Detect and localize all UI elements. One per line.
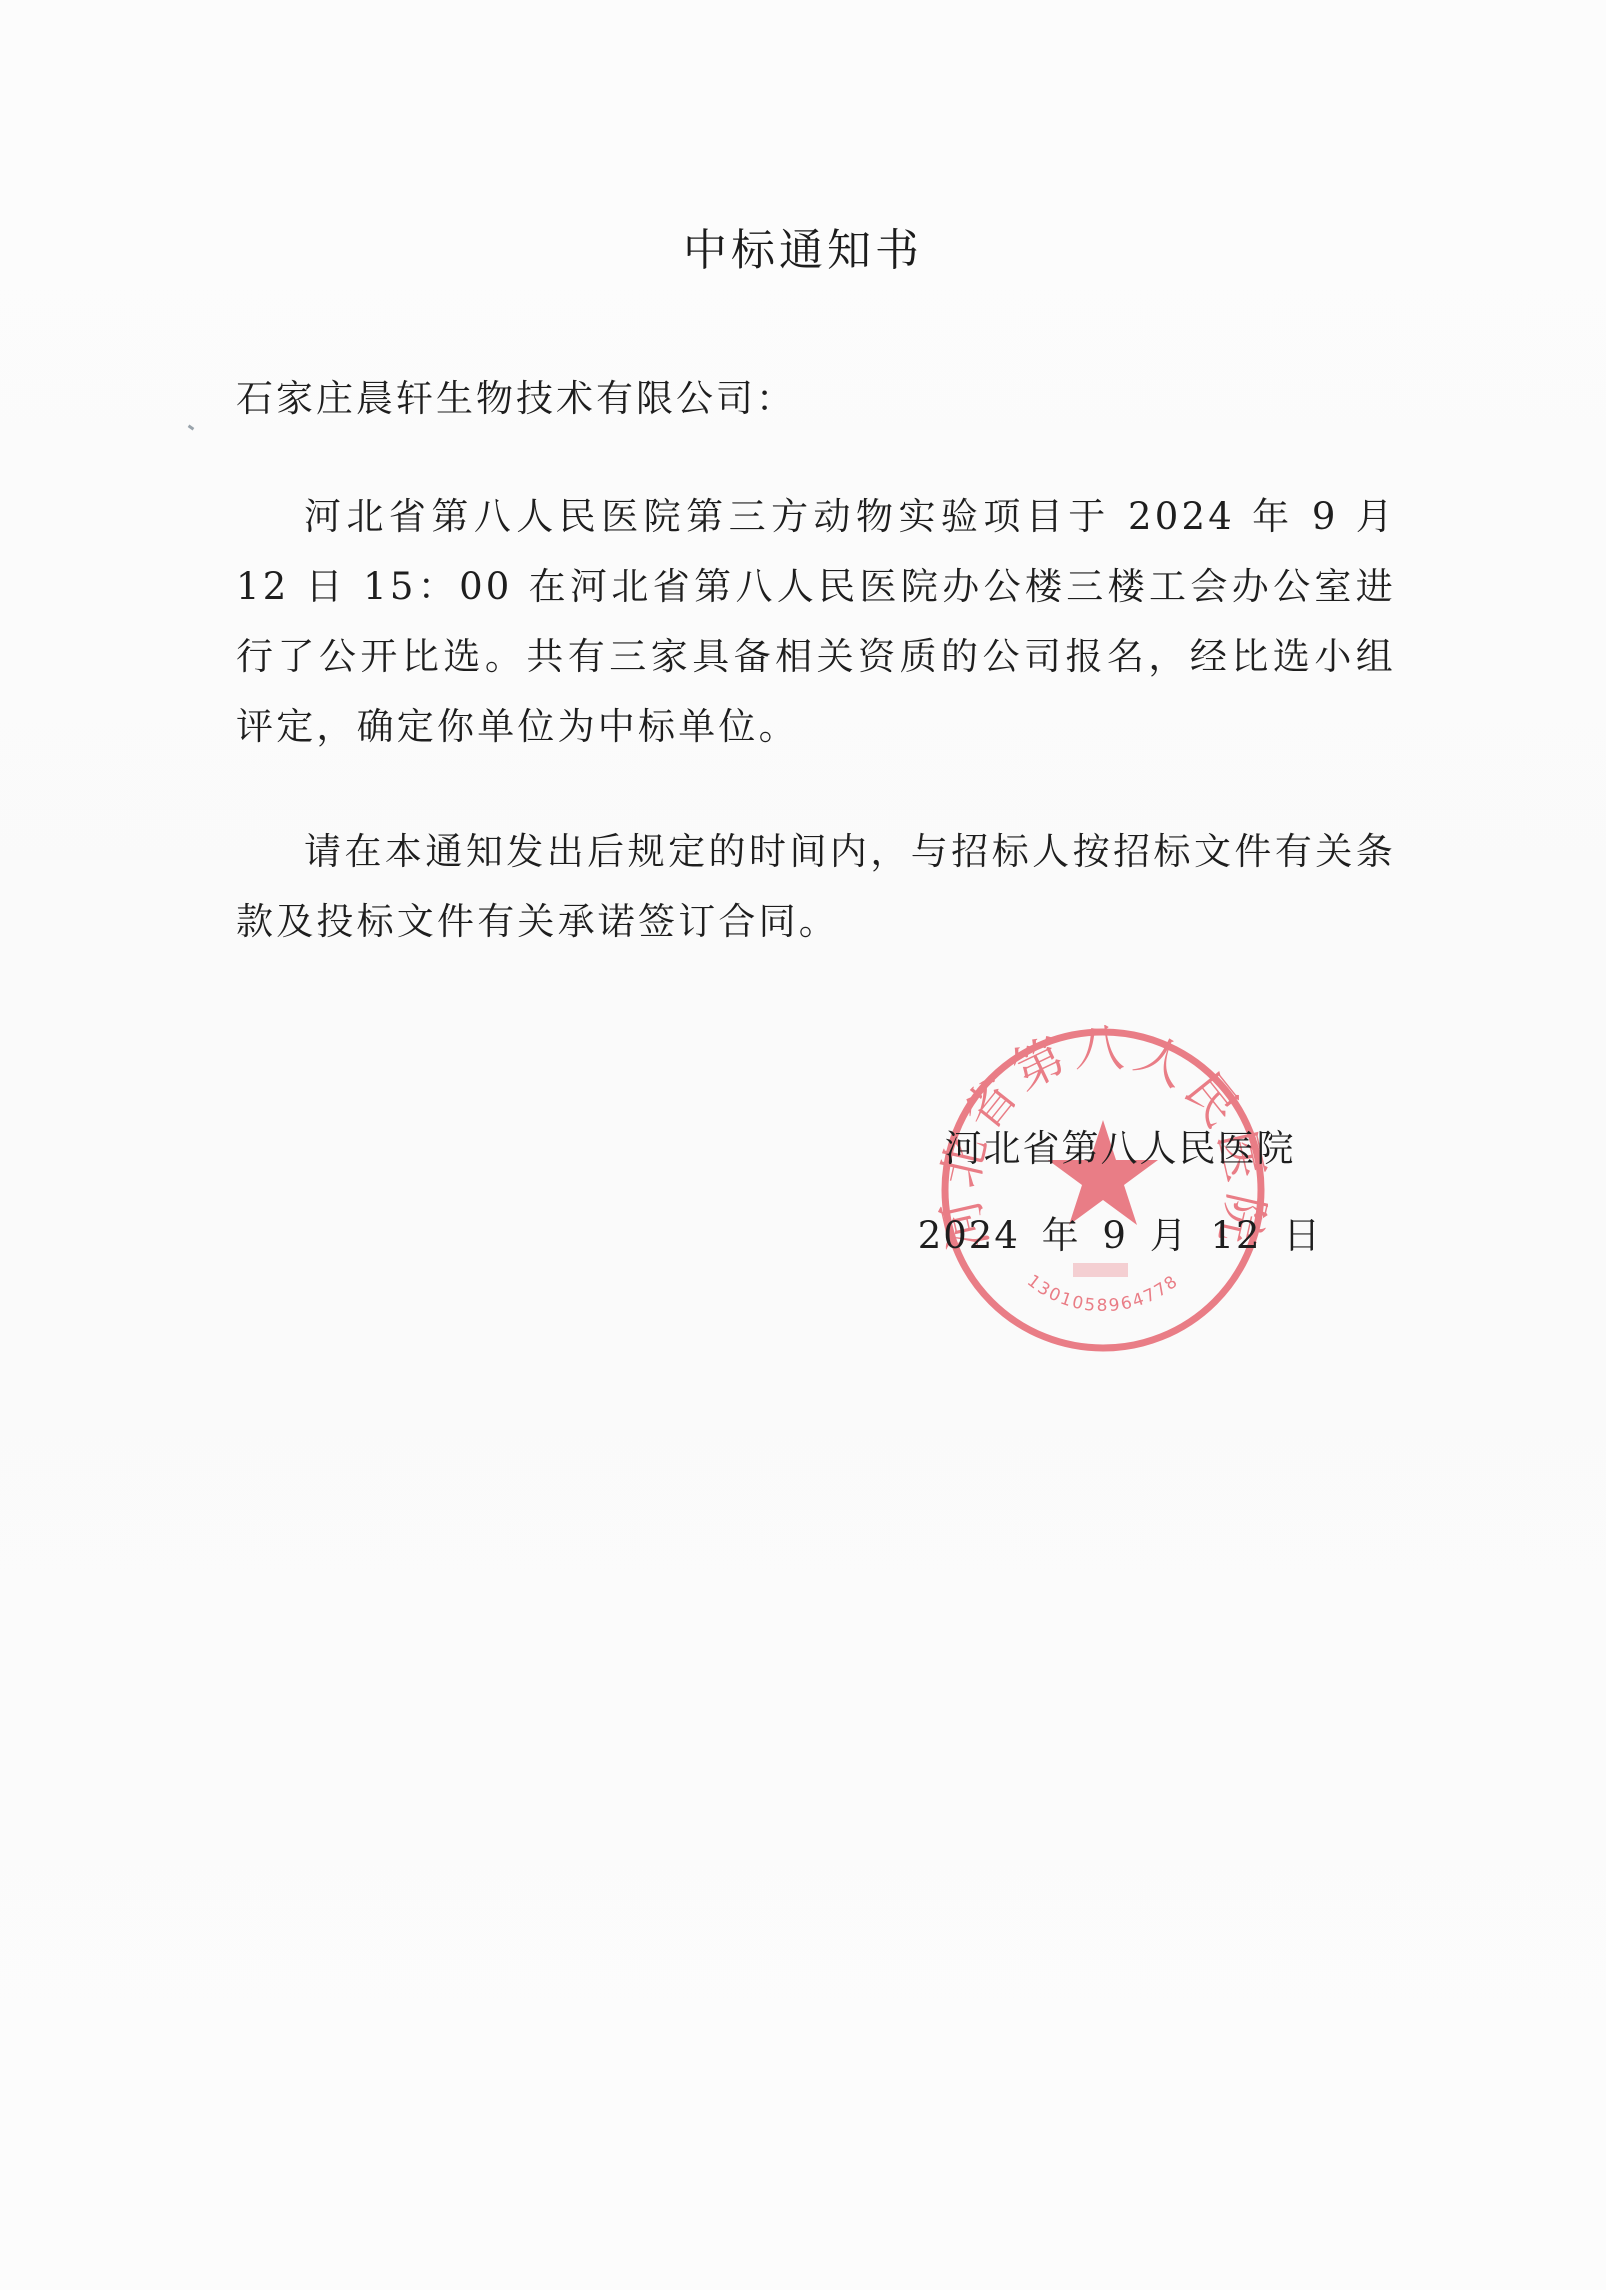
signature-organization: 河北省第八人民医院: [900, 1118, 1340, 1172]
recipient-salutation: 石家庄晨轩生物技术有限公司：: [236, 368, 796, 422]
svg-text:1301058964778: 1301058964778: [1023, 1271, 1183, 1316]
document-page: 中标通知书 石家庄晨轩生物技术有限公司： 河北省第八人民医院第三方动物实验项目于…: [0, 0, 1606, 2290]
scan-speck: [188, 425, 195, 431]
body-paragraph-2: 请在本通知发出后规定的时间内，与招标人按招标文件有关条款及投标文件有关承诺签订合…: [236, 817, 1396, 957]
body-paragraph-1: 河北省第八人民医院第三方动物实验项目于 2024 年 9 月 12 日 15：0…: [236, 482, 1396, 762]
official-seal-stamp: 河北省第八人民医院 1301058964778: [938, 1025, 1268, 1355]
document-title: 中标通知书: [0, 214, 1606, 278]
signature-date: 2024 年 9 月 12 日: [900, 1205, 1340, 1259]
